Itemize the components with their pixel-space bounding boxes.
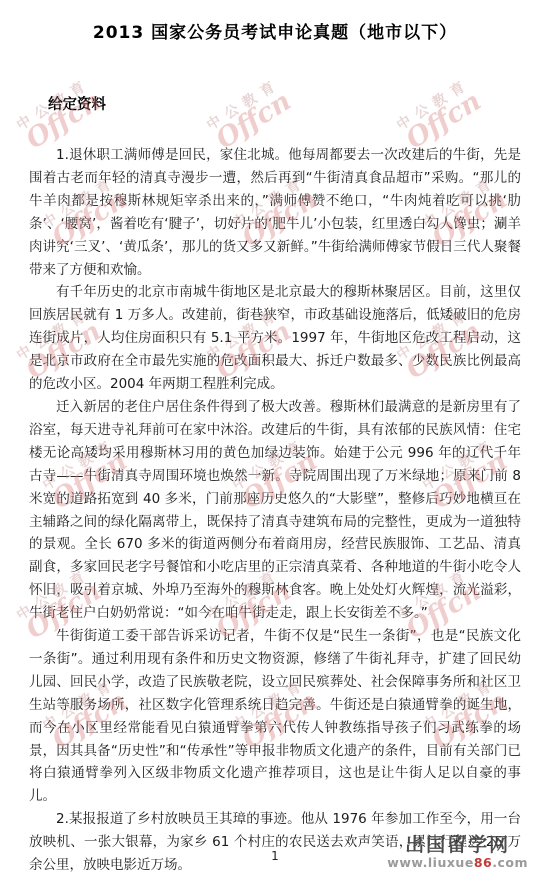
document-page: 中公教育Offcn中公教育Offcn中公教育Offcn中公教育Offcn中公教育… xyxy=(0,0,550,877)
site-logo-url: www.liuxue86.com xyxy=(387,856,528,869)
document-content: 2013 国家公务员考试申论真题（地市以下） 给定资料 1.退休职工满师傅是回民… xyxy=(0,0,550,877)
paragraph-1: 1.退休职工满师傅是回民，家住北城。他每周都要去一次改建后的牛街，先是围着古老而… xyxy=(0,144,550,281)
paragraph-4: 牛街街道工委干部告诉采访记者，牛街不仅是“民生一条街”，也是“民族文化一条街”。… xyxy=(0,625,550,808)
paragraph-2: 有千年历史的北京市南城牛街地区是北京最大的穆斯林聚居区。目前，这里仅回族居民就有… xyxy=(0,281,550,396)
site-url-prefix: www.liuxue xyxy=(387,855,474,870)
document-title: 2013 国家公务员考试申论真题（地市以下） xyxy=(0,0,550,43)
paragraph-3: 迁入新居的老住户居住条件得到了极大改善。穆斯林们最满意的是新房里有了浴室，每天进… xyxy=(0,396,550,625)
site-url-number: 86 xyxy=(474,855,492,870)
section-heading: 给定资料 xyxy=(48,93,550,114)
site-logo: 出国留学网 www.liuxue86.com xyxy=(387,836,528,869)
site-logo-name: 出国留学网 xyxy=(387,836,528,856)
site-url-suffix: .com xyxy=(492,855,528,870)
